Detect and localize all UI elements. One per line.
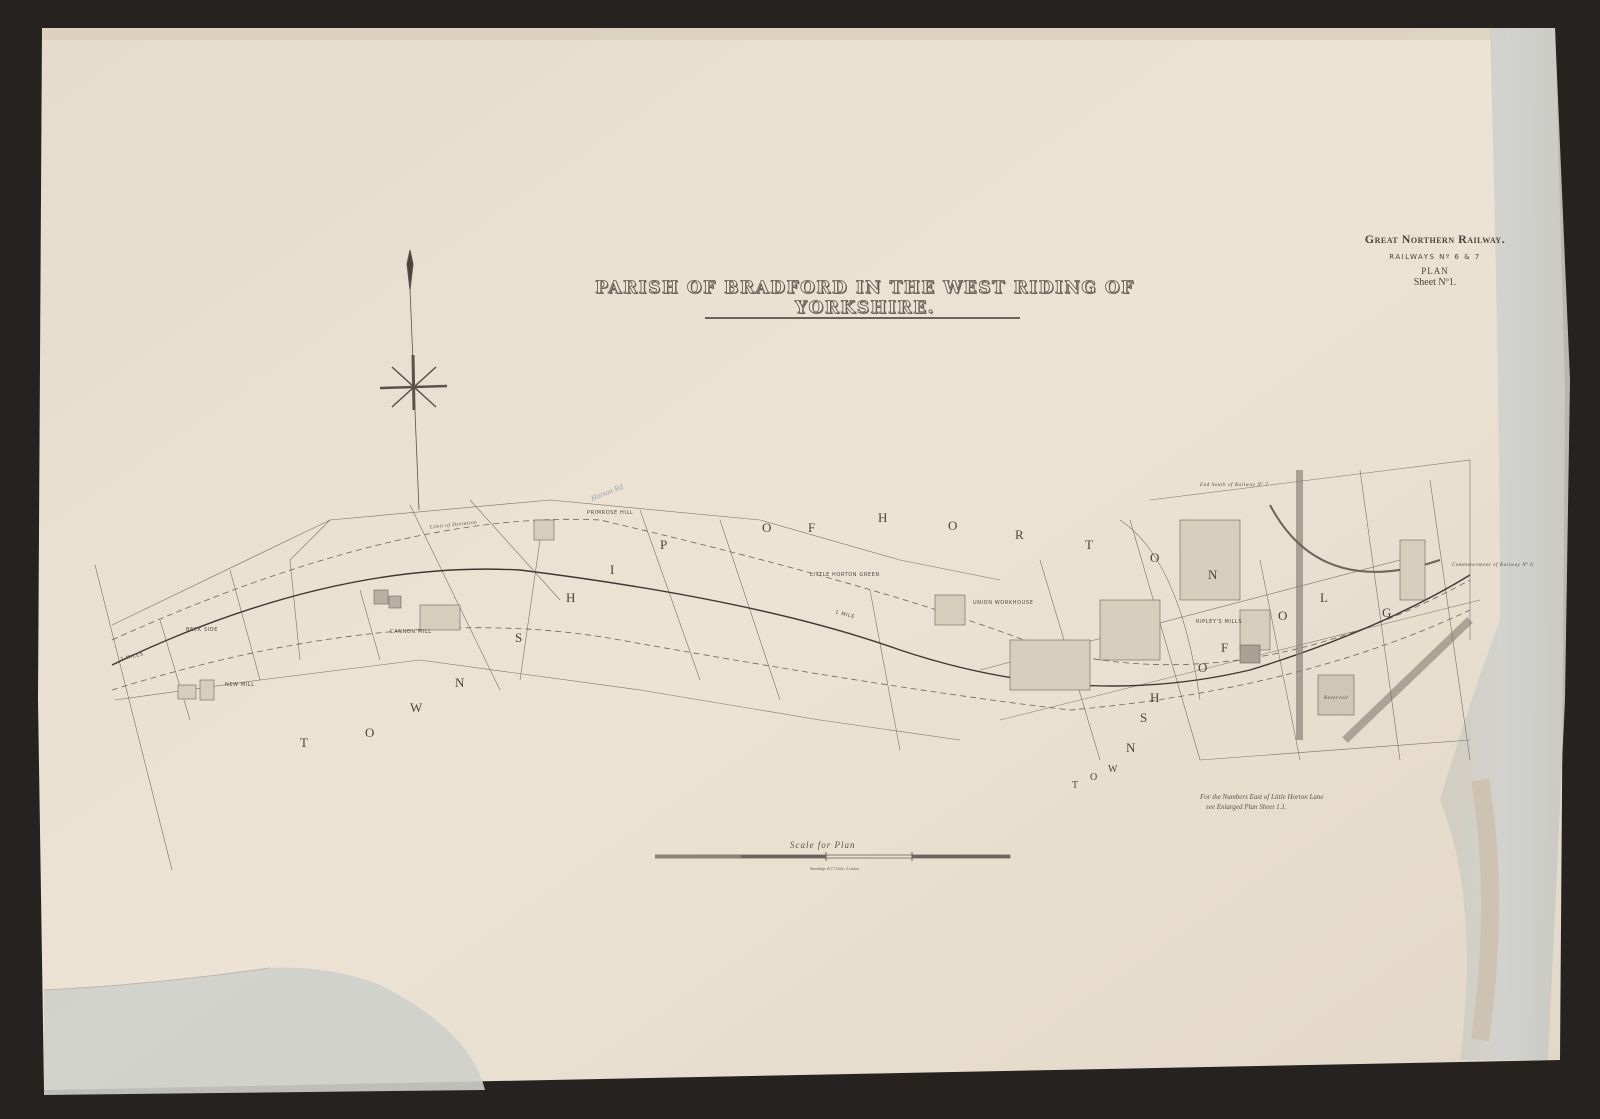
township-letter: O (762, 520, 771, 536)
township-letter: T (1072, 780, 1078, 791)
scale-title: Scale for Plan (790, 840, 856, 850)
company-name: Great Northern Railway. (1340, 232, 1530, 247)
engraver-credit: Standidge & Cº Litho. London (810, 866, 859, 871)
label-cannon-mill: CANNON MILL (390, 629, 432, 635)
township-letter: P (660, 537, 667, 553)
township-letter: S (515, 630, 522, 646)
township-letter: O (948, 518, 957, 534)
label-primrose-hill: PRIMROSE HILL (587, 510, 633, 516)
township-letter: I (610, 562, 614, 578)
township-letter: W (410, 700, 422, 716)
township-letter: R (1015, 527, 1024, 543)
township-letter: W (1108, 764, 1117, 775)
plan-label: PLAN (1340, 266, 1530, 276)
sheet-number: Sheet Nº1. (1340, 277, 1530, 288)
township-letter: S (1140, 710, 1147, 726)
township-letter: N (1126, 740, 1135, 756)
label-ripleys-mills: RIPLEY'S MILLS (1196, 619, 1242, 625)
township-letter: L (1320, 590, 1328, 606)
township-letter: F (808, 520, 815, 536)
township-letter: O (1150, 550, 1159, 566)
label-new-mill: NEW MILL (225, 682, 255, 688)
railway-numbers: RAILWAYS Nº 6 & 7 (1340, 253, 1530, 261)
scale-bar (655, 852, 1015, 864)
numbers-note: For the Numbers East of Little Horton La… (1200, 792, 1323, 812)
township-letter: T (1085, 537, 1093, 553)
township-letter: O (1090, 772, 1097, 783)
township-letter: H (1150, 690, 1159, 706)
map-title: PARISH OF BRADFORD IN THE WEST RIDING OF… (540, 278, 1190, 318)
township-letter: G (1382, 605, 1391, 621)
label-union-workhouse: UNION WORKHOUSE (973, 600, 1033, 606)
township-letter: F (1221, 640, 1228, 656)
township-letter: N (1208, 567, 1217, 583)
map-artwork (0, 0, 1600, 1119)
township-letter: O (365, 725, 374, 741)
map-sheet: PARISH OF BRADFORD IN THE WEST RIDING OF… (0, 0, 1600, 1119)
existing-railway (1296, 470, 1303, 740)
label-little-horton-green: LITTLE HORTON GREEN (810, 572, 880, 578)
township-letter: O (1278, 608, 1287, 624)
label-commencement: Commencement of Railway Nº 6 (1452, 563, 1533, 568)
township-letter: O (1198, 660, 1207, 676)
label-beck-side: BECK SIDE (186, 627, 218, 633)
label-reservoir: Reservoir (1324, 696, 1349, 701)
township-letter: H (878, 510, 887, 526)
label-end-of-railway: End South of Railway Nº 7 (1200, 483, 1268, 488)
township-letter: T (300, 735, 308, 751)
title-cartouche: Great Northern Railway. RAILWAYS Nº 6 & … (1340, 232, 1530, 288)
title-underline (705, 317, 1020, 319)
township-letter: N (455, 675, 464, 691)
township-letter: H (566, 590, 575, 606)
paper (38, 28, 1565, 1090)
